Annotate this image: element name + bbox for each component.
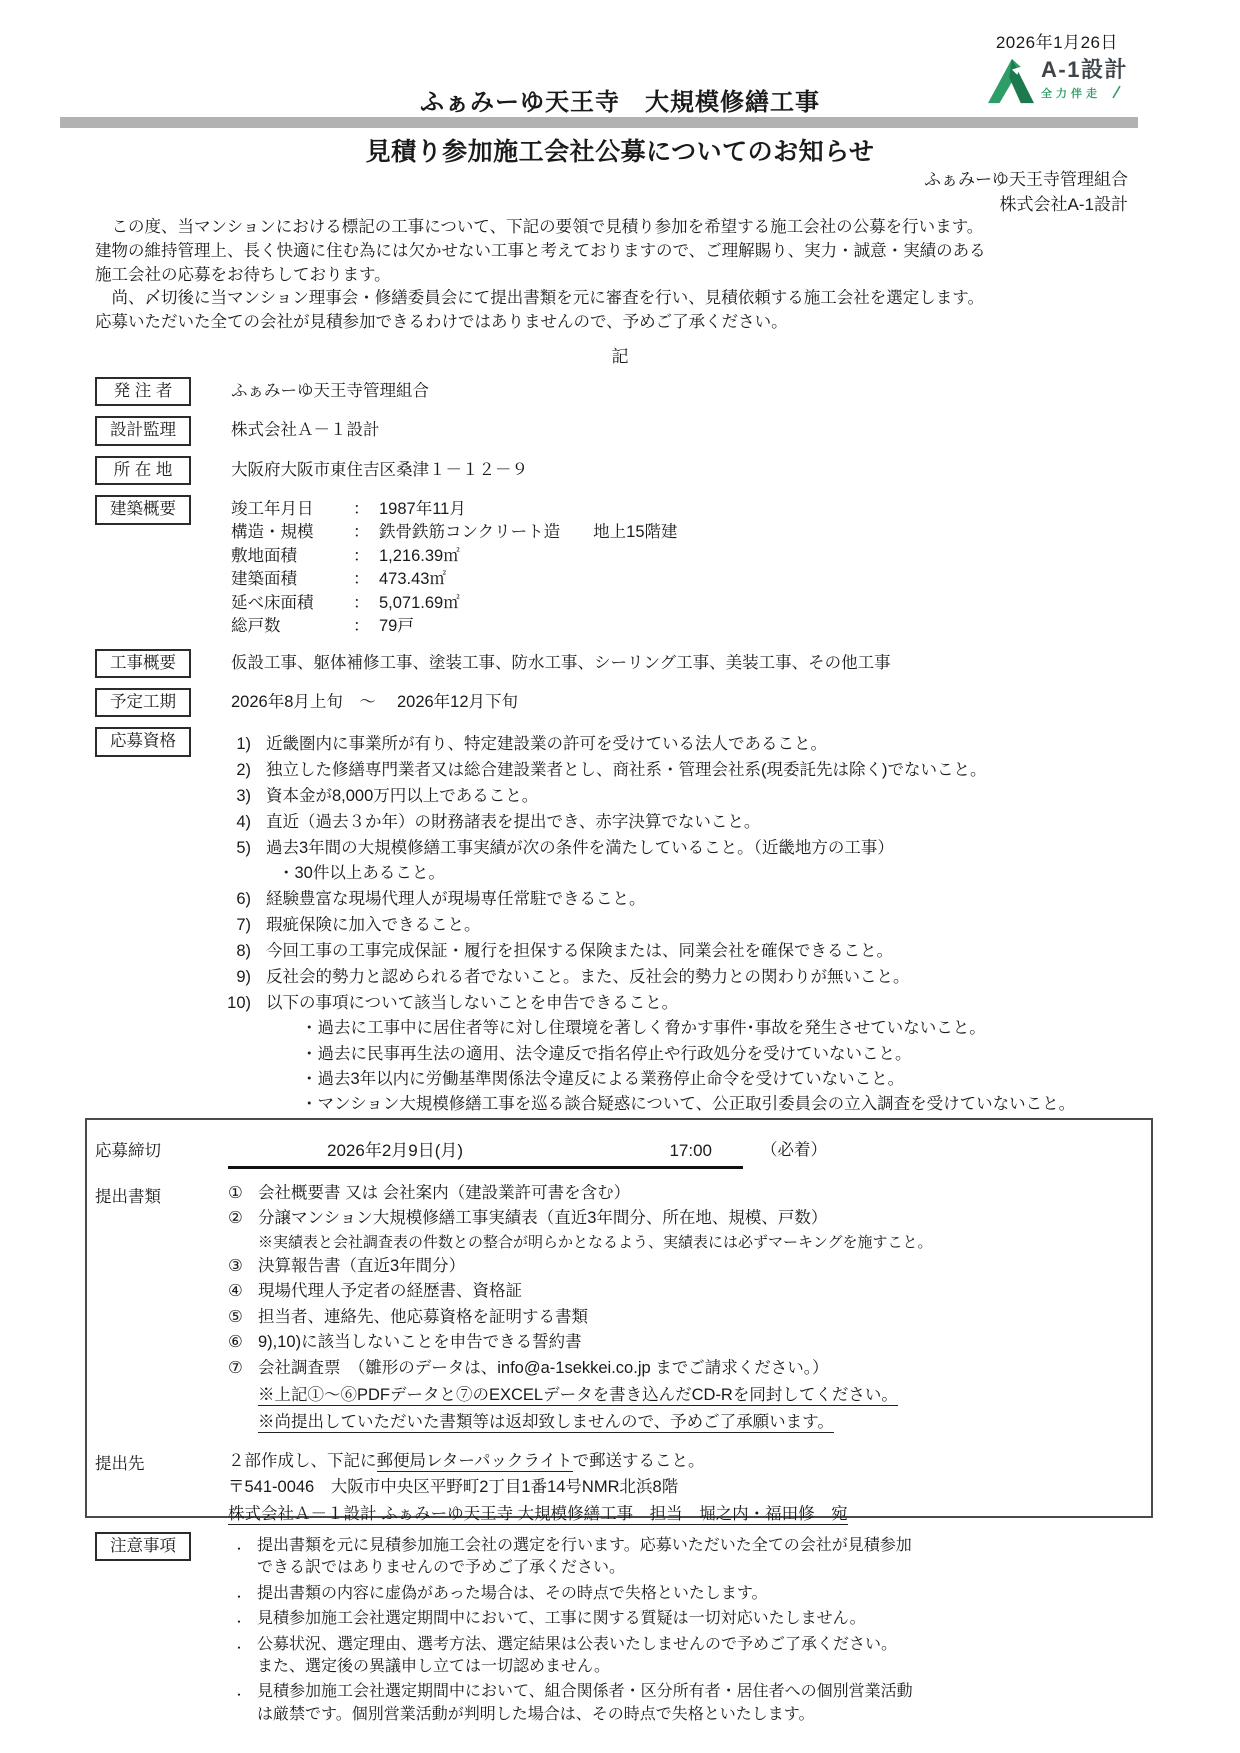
destination-row: 提出先 ２部作成し、下記に郵便局レターパックライトで郵送すること。 〒541-0… [95,1447,1137,1526]
document-warning: ※上記①～⑥PDFデータと⑦のEXCELデータを書き込んだCD-Rを同封してくだ… [258,1384,1137,1407]
doc-subtitle: 見積り参加施工会社公募についてのお知らせ [0,132,1240,168]
document-item: ⑤担当者、連絡先、他応募資格を証明する書類 [228,1306,1137,1329]
field-row-design-supervision: 設計監理 株式会社Ａ－１設計 [95,416,1240,445]
note-item: ・ 見積参加施工会社選定期間中において、組合関係者・区分所有者・居住者への個別営… [233,1681,913,1726]
notes-label: 注意事項 [95,1532,191,1561]
intro-line: 応募いただいた全ての会社が見積参加できるわけではありませんので、予めご了承くださ… [95,311,1152,335]
issuer-line: ふぁみーゆ天王寺管理組合 [924,168,1128,193]
note-item: ・ 提出書類の内容に虚偽があった場合は、その時点で失格といたします。 [233,1583,913,1605]
note-line: 見積参加施工会社選定期間中において、組合関係者・区分所有者・居住者への個別営業活… [257,1681,913,1703]
building-value: 473.43㎡ [379,568,446,591]
document-item: ④現場代理人予定者の経歴書、資格証 [228,1280,1137,1303]
building-row: 構造・規模：鉄骨鉄筋コンクリート造 地上15階建 [231,521,678,544]
building-value: 79戸 [379,615,414,638]
notes-list: ・ 提出書類を元に見積参加施工会社の選定を行います。応募いただいた全ての会社が見… [233,1532,913,1726]
deadline-date: 2026年2月9日(月) [327,1136,463,1161]
building-value: 1,216.39㎡ [379,545,460,568]
building-value: 1987年11月 [379,498,466,521]
document-item: ⑦会社調査票 （雛形のデータは、info@a-1sekkei.co.jp までご… [228,1357,1137,1380]
destination-line: 〒541-0046 大阪市中央区平野町2丁目1番14号NMR北浜8階 [228,1476,1137,1499]
qualification-item: 6)経験豊富な現場代理人が現場専任常駐できること。 [213,888,1075,911]
note-item: ・ 提出書類を元に見積参加施工会社の選定を行います。応募いただいた全ての会社が見… [233,1535,913,1580]
issuer-block: ふぁみーゆ天王寺管理組合 株式会社A-1設計 [924,168,1128,217]
submission-box: 応募締切 2026年2月9日(月) 17:00 （必着） 提出書類 ①会社概要書… [85,1118,1153,1518]
qualification-item: 4)直近（過去３か年）の財務諸表を提出でき、赤字決算でないこと。 [213,811,1075,834]
building-overview: 竣工年月日：1987年11月 構造・規模：鉄骨鉄筋コンクリート造 地上15階建 … [231,495,678,639]
document-item: ①会社概要書 又は 会社案内（建設業許可書を含む） [228,1182,1137,1205]
notes-row: 注意事項 ・ 提出書類を元に見積参加施工会社の選定を行います。応募いただいた全て… [95,1532,1175,1726]
record-mark: 記 [0,342,1240,367]
intro-line: 尚、〆切後に当マンション理事会・修繕委員会にて提出書類を元に審査を行い、見積依頼… [95,287,1152,311]
destination-lines: ２部作成し、下記に郵便局レターパックライトで郵送すること。 〒541-0046 … [228,1447,1137,1526]
qualification-item: 5)過去3年間の大規模修繕工事実績が次の条件を満たしていること。（近畿地方の工事… [213,837,1075,860]
qualification-item: 10)以下の事項について該当しないことを申告できること。 [213,992,1075,1015]
building-value: 5,071.69㎡ [379,592,460,615]
field-value: ふぁみーゆ天王寺管理組合 [231,377,429,403]
intro-line: この度、当マンションにおける標記の工事について、下記の要領で見積り参加を希望する… [95,216,1152,240]
intro-paragraph: この度、当マンションにおける標記の工事について、下記の要領で見積り参加を希望する… [95,216,1152,335]
deadline-time: 17:00 [669,1141,712,1161]
deadline-label: 応募締切 [95,1134,228,1161]
note-line: 見積参加施工会社選定期間中において、工事に関する質疑は一切対応いたしません。 [257,1608,866,1630]
document-note: ※実績表と会社調査表の件数との整合が明らかとなるよう、実績表には必ずマーキングを… [258,1232,1137,1253]
bullet-icon: ・ [233,1681,257,1726]
field-label: 応募資格 [95,727,191,756]
bullet-icon: ・ [233,1535,257,1580]
qualification-item: 9)反社会的勢力と認められる者でないこと。また、反社会的勢力との関わりが無いこと… [213,966,1075,989]
field-row-schedule: 予定工期 2026年8月上旬 ～ 2026年12月下旬 [95,688,1240,717]
field-label: 予定工期 [95,688,191,717]
note-line: また、選定後の異議申し立ては一切認めません。 [257,1656,897,1678]
building-row: 総戸数：79戸 [231,615,678,638]
building-row: 延べ床面積：5,071.69㎡ [231,592,678,615]
doc-title: ふぁみーゆ天王寺 大規模修繕工事 [0,82,1240,117]
field-row-building-overview: 建築概要 竣工年月日：1987年11月 構造・規模：鉄骨鉄筋コンクリート造 地上… [95,495,1240,639]
qualification-item: 2)独立した修繕専門業者又は総合建設業者とし、商社系・管理会社系(現委託先は除く… [213,759,1075,782]
document-item: ②分譲マンション大規模修繕工事実績表（直近3年間分、所在地、規模、戸数） [228,1207,1137,1230]
field-label: 工事概要 [95,649,191,678]
field-label: 所 在 地 [95,456,191,485]
building-row: 竣工年月日：1987年11月 [231,498,678,521]
intro-line: 施工会社の応募をお待ちしております。 [95,264,1152,288]
document-list: ①会社概要書 又は 会社案内（建設業許可書を含む） ②分譲マンション大規模修繕工… [228,1180,1137,1435]
issuer-line: 株式会社A-1設計 [924,193,1128,218]
qualification-item: 7)瑕疵保険に加入できること。 [213,914,1075,937]
note-line: 提出書類の内容に虚偽があった場合は、その時点で失格といたします。 [257,1583,768,1605]
building-row: 建築面積：473.43㎡ [231,568,678,591]
field-row-location: 所 在 地 大阪府大阪市東住吉区桑津１－１２－９ [95,456,1240,485]
document-page: 2026年1月26日 A-1設計 全力伴走 ふぁみーゆ天王寺 大規模修繕工事 見… [0,0,1240,1753]
field-row-work-overview: 工事概要 仮設工事、躯体補修工事、塗装工事、防水工事、シーリング工事、美装工事、… [95,649,1240,678]
documents-row: 提出書類 ①会社概要書 又は 会社案内（建設業許可書を含む） ②分譲マンション大… [95,1180,1137,1435]
qualification-subitem: ・過去に工事中に居住者等に対し住環境を著しく脅かす事件･事故を発生させていないこ… [301,1017,1075,1040]
building-row: 敷地面積：1,216.39㎡ [231,545,678,568]
field-value: 2026年8月上旬 ～ 2026年12月下旬 [231,688,518,714]
document-date: 2026年1月26日 [996,28,1118,53]
qualification-list: 1)近畿圏内に事業所が有り、特定建設業の許可を受けている法人であること。 2)独… [213,727,1075,1116]
field-row-orderer: 発 注 者 ふぁみーゆ天王寺管理組合 [95,377,1240,406]
bullet-icon: ・ [233,1634,257,1679]
note-item: ・ 見積参加施工会社選定期間中において、工事に関する質疑は一切対応いたしません。 [233,1608,913,1630]
qualification-subitem: ・過去に民事再生法の適用、法令違反で指名停止や行政処分を受けていないこと。 [301,1043,1075,1066]
note-item: ・ 公募状況、選定理由、選考方法、選定結果は公表いたしませんので予めご了承くださ… [233,1634,913,1679]
document-warning: ※尚提出していただいた書類等は返却致しませんので、予めご了承願います。 [258,1411,1137,1434]
qualification-subitem: ・30件以上あること。 [278,862,1075,885]
bullet-icon: ・ [233,1583,257,1605]
deadline-row: 応募締切 2026年2月9日(月) 17:00 （必着） [95,1134,1137,1169]
field-label: 発 注 者 [95,377,191,406]
letterpack-underline: 郵便局レターパックライト [377,1452,573,1472]
documents-label: 提出書類 [95,1180,228,1207]
qualification-item: 1)近畿圏内に事業所が有り、特定建設業の許可を受けている法人であること。 [213,733,1075,756]
divider-bar [60,117,1138,128]
qualification-item: 8)今回工事の工事完成保証・履行を担保する保険または、同業会社を確保できること。 [213,940,1075,963]
field-value: 仮設工事、躯体補修工事、塗装工事、防水工事、シーリング工事、美装工事、その他工事 [231,649,891,675]
bullet-icon: ・ [233,1608,257,1630]
deadline-underline: 2026年2月9日(月) 17:00 [228,1134,743,1169]
building-value: 鉄骨鉄筋コンクリート造 地上15階建 [379,521,678,544]
field-value: 大阪府大阪市東住吉区桑津１－１２－９ [231,456,528,482]
destination-line: ２部作成し、下記に郵便局レターパックライトで郵送すること。 [228,1450,1137,1473]
qualification-item: 3)資本金が8,000万円以上であること。 [213,785,1075,808]
note-line: できる訳ではありませんので予めご了承ください。 [257,1557,912,1579]
document-item: ③決算報告書（直近3年間分） [228,1255,1137,1278]
field-label: 設計監理 [95,416,191,445]
field-value: 株式会社Ａ－１設計 [231,416,380,442]
a1-logo-name: A-1設計 [1041,59,1128,81]
qualification-subitem: ・マンション大規模修繕工事を巡る談合疑惑について、公正取引委員会の立入調査を受け… [301,1093,1075,1116]
note-line: 公募状況、選定理由、選考方法、選定結果は公表いたしませんので予めご了承ください。 [257,1634,897,1656]
destination-line: 株式会社Ａ－１設計 ふぁみーゆ天王寺 大規模修繕工事 担当 堀之内・福田修 宛 [228,1503,1137,1526]
field-row-qualifications: 応募資格 1)近畿圏内に事業所が有り、特定建設業の許可を受けている法人であること… [95,727,1240,1116]
document-body: この度、当マンションにおける標記の工事について、下記の要領で見積り参加を希望する… [0,216,1240,1117]
qualification-subitem: ・過去3年以内に労働基準関係法令違反による業務停止命令を受けていないこと。 [301,1068,1075,1091]
field-label: 建築概要 [95,495,191,524]
destination-label: 提出先 [95,1447,228,1474]
intro-line: 建物の維持管理上、長く快適に住む為には欠かせない工事と考えておりますので、ご理解… [95,240,1152,264]
document-item: ⑥9),10)に該当しないことを申告できる誓約書 [228,1331,1137,1354]
note-line: は厳禁です。個別営業活動が判明した場合は、その時点で失格といたします。 [257,1704,913,1726]
deadline-note: （必着） [761,1134,827,1160]
note-line: 提出書類を元に見積参加施工会社の選定を行います。応募いただいた全ての会社が見積参… [257,1535,912,1557]
